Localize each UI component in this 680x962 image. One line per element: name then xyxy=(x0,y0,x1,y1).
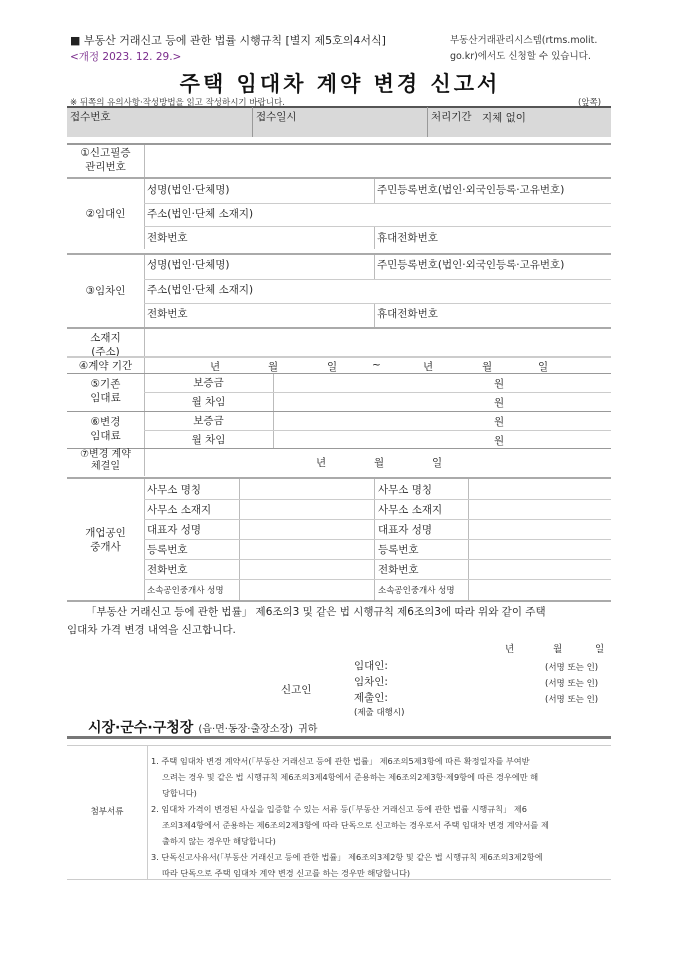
lessee-sign[interactable]: (서명 또는 인) xyxy=(545,677,598,689)
decl-day[interactable]: 일 xyxy=(595,641,604,655)
lessee-name-field[interactable]: 성명(법인·단체명) xyxy=(147,257,230,272)
addressee-suffix: 귀하 xyxy=(298,724,317,735)
reporter-label: 신고인 xyxy=(281,682,311,697)
reporter-lessor[interactable]: 임대인: xyxy=(354,658,388,673)
lessor-name-field[interactable]: 성명(법인·단체명) xyxy=(147,182,230,197)
lessee-id-field[interactable]: 주민등록번호(법인·외국인등록·고유번호) xyxy=(377,257,564,272)
broker2-phone[interactable]: 전화번호 xyxy=(378,562,419,577)
online-note: 부동산거래관리시스템(rtms.molit. go.kr)에서도 신청할 수 있… xyxy=(450,33,597,65)
declaration-line2: 임대차 가격 변경 내역을 신고합니다. xyxy=(67,622,236,637)
regulation-text: ■ 부동산 거래신고 등에 관한 법률 시행규칙 [별지 제5호의4서식] xyxy=(70,33,386,49)
broker2-office-name[interactable]: 사무소 명칭 xyxy=(378,482,432,497)
broker2-representative[interactable]: 대표자 성명 xyxy=(378,522,432,537)
lessee-address-field[interactable]: 주소(법인·단체 소재지) xyxy=(147,282,253,297)
attachment-item: 출하지 않는 경우만 해당합니다) xyxy=(151,833,549,849)
lessor-id-field[interactable]: 주민등록번호(법인·외국인등록·고유번호) xyxy=(377,182,564,197)
change-date-label: ⑦변경 계약체결일 xyxy=(67,449,144,473)
broker1-representative[interactable]: 대표자 성명 xyxy=(147,522,201,537)
processing-period-value: 지체 없이 xyxy=(482,110,526,125)
attachment-item: 2. 임대차 가격이 변경된 사실을 입증할 수 있는 서류 등(「부동산 거래… xyxy=(151,801,549,817)
attachment-item: 당합니다) xyxy=(151,785,549,801)
changed-monthly-label: 월 차임 xyxy=(144,433,273,447)
lessor-label: ②임대인 xyxy=(67,207,144,221)
existing-deposit-won[interactable]: 원 xyxy=(494,376,504,391)
receipt-number-label: 접수번호 xyxy=(70,109,111,124)
period-end-day[interactable]: 일 xyxy=(538,359,548,374)
lessee-mobile-field[interactable]: 휴대전화번호 xyxy=(377,306,438,321)
online-note-line2: go.kr)에서도 신청할 수 있습니다. xyxy=(450,49,597,65)
lessee-label: ③임차인 xyxy=(67,284,144,298)
change-date-month[interactable]: 월 xyxy=(374,455,384,470)
period-start-day[interactable]: 일 xyxy=(327,359,337,374)
receipt-box xyxy=(67,107,611,137)
broker-label: 개업공인중개사 xyxy=(67,526,144,554)
broker2-agent-name[interactable]: 소속공인중개사 성명 xyxy=(378,584,455,596)
attachment-item: 3. 단독신고사유서(「부동산 거래신고 등에 관한 법률」 제6조의3제2항 … xyxy=(151,849,549,865)
lessor-phone-field[interactable]: 전화번호 xyxy=(147,230,188,245)
attachment-item: 조의3제4항에서 준용하는 제6조의2제3항에 따라 단독으로 신고하는 경우로… xyxy=(151,817,549,833)
form-title: 주택 임대차 계약 변경 신고서 xyxy=(0,68,680,98)
location-label: 소재지(주소) xyxy=(67,331,144,359)
broker1-office-name[interactable]: 사무소 명칭 xyxy=(147,482,201,497)
attachments-label: 첨부서류 xyxy=(67,805,147,819)
proxy-note: (제출 대행시) xyxy=(354,706,404,718)
online-note-line1: 부동산거래관리시스템(rtms.molit. xyxy=(450,33,597,49)
change-date-year[interactable]: 년 xyxy=(316,455,326,470)
period-end-year[interactable]: 년 xyxy=(423,359,433,374)
location-field[interactable] xyxy=(146,330,610,355)
broker1-phone[interactable]: 전화번호 xyxy=(147,562,188,577)
existing-rent-label: ⑤기존임대료 xyxy=(67,377,144,405)
addressee: 시장·군수·구청장 (읍·면·동장·출장소장) 귀하 xyxy=(88,717,317,737)
attachments-list: 1. 주택 임대차 변경 계약서(「부동산 거래신고 등에 관한 법률」 제6조… xyxy=(151,753,549,881)
mgmt-number-field[interactable] xyxy=(146,146,610,176)
lessor-address-field[interactable]: 주소(법인·단체 소재지) xyxy=(147,206,253,221)
existing-monthly-label: 월 차임 xyxy=(144,395,273,409)
processing-period-label: 처리기간 xyxy=(431,109,472,124)
lessor-sign[interactable]: (서명 또는 인) xyxy=(545,661,598,673)
reporter-submitter[interactable]: 제출인: xyxy=(354,690,388,705)
changed-deposit-won[interactable]: 원 xyxy=(494,414,504,429)
lessee-phone-field[interactable]: 전화번호 xyxy=(147,306,188,321)
decl-month[interactable]: 월 xyxy=(553,641,562,655)
regulation-header: ■ 부동산 거래신고 등에 관한 법률 시행규칙 [별지 제5호의4서식] <개… xyxy=(70,33,386,65)
broker1-office-location[interactable]: 사무소 소재지 xyxy=(147,502,211,517)
changed-monthly-won[interactable]: 원 xyxy=(494,433,504,448)
addressee-sub: (읍·면·동장·출장소장) xyxy=(198,724,293,735)
mgmt-number-label: ①신고필증관리번호 xyxy=(67,146,144,174)
period-tilde: ~ xyxy=(372,359,381,371)
existing-monthly-won[interactable]: 원 xyxy=(494,395,504,410)
changed-rent-label: ⑥변경임대료 xyxy=(67,415,144,443)
broker1-agent-name[interactable]: 소속공인중개사 성명 xyxy=(147,584,224,596)
period-start-year[interactable]: 년 xyxy=(210,359,220,374)
period-end-month[interactable]: 월 xyxy=(482,359,492,374)
broker1-registration[interactable]: 등록번호 xyxy=(147,542,188,557)
decl-year[interactable]: 년 xyxy=(505,641,514,655)
reporter-lessee[interactable]: 임차인: xyxy=(354,674,388,689)
existing-deposit-label: 보증금 xyxy=(144,376,273,390)
attachment-item: 1. 주택 임대차 변경 계약서(「부동산 거래신고 등에 관한 법률」 제6조… xyxy=(151,753,549,769)
revision-date: <개정 2023. 12. 29.> xyxy=(70,49,386,65)
change-date-day[interactable]: 일 xyxy=(432,455,442,470)
declaration-line1: 「부동산 거래신고 등에 관한 법률」 제6조의3 및 같은 법 시행규칙 제6… xyxy=(86,604,546,619)
broker2-registration[interactable]: 등록번호 xyxy=(378,542,419,557)
period-start-month[interactable]: 월 xyxy=(268,359,278,374)
contract-period-label: ④계약 기간 xyxy=(67,359,144,373)
lessor-mobile-field[interactable]: 휴대전화번호 xyxy=(377,230,438,245)
changed-deposit-label: 보증금 xyxy=(144,414,273,428)
receipt-date-label: 접수일시 xyxy=(256,109,297,124)
attachment-item: 으려는 경우 및 같은 법 시행규칙 제6조의3제4항에서 준용하는 제6조의2… xyxy=(151,769,549,785)
submitter-sign[interactable]: (서명 또는 인) xyxy=(545,693,598,705)
broker2-office-location[interactable]: 사무소 소재지 xyxy=(378,502,442,517)
addressee-main: 시장·군수·구청장 xyxy=(88,720,193,736)
